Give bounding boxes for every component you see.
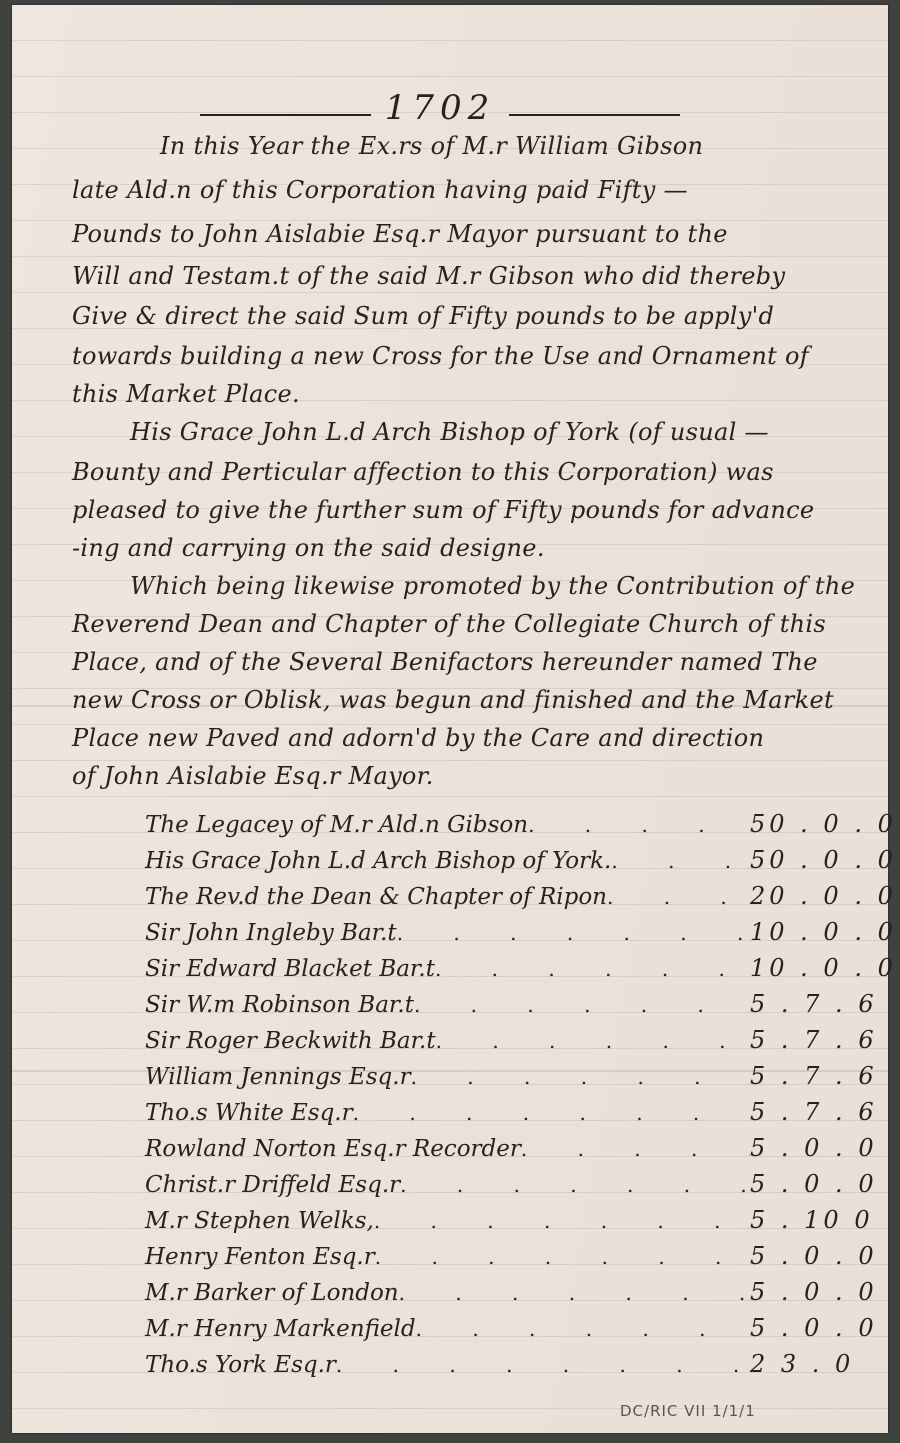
- dot-leader: . . . . . . . . . .: [399, 1281, 750, 1305]
- contribution-row: Sir Edward Blacket Bar.t . . . . . . . .…: [145, 954, 880, 990]
- heading-rule-left: [200, 114, 371, 116]
- contribution-amount: 5 . 10 0: [750, 1206, 880, 1234]
- contribution-amount: 50 . 0 . 0: [750, 810, 880, 838]
- paragraph-2-line: pleased to give the further sum of Fifty…: [72, 496, 814, 524]
- paragraph-2-line: Bounty and Perticular affection to this …: [72, 458, 774, 486]
- dot-leader: . . . . . . . . . .: [336, 1353, 750, 1377]
- paragraph-3-line: new Cross or Oblisk, was begun and finis…: [72, 686, 834, 714]
- contributor-name: M.r Stephen Welks,: [145, 1208, 374, 1234]
- contributor-name: Sir W.m Robinson Bar.t: [145, 992, 414, 1018]
- contribution-amount: 5 . 7 . 6: [750, 1098, 880, 1126]
- paragraph-1-line: In this Year the Ex.rs of M.r William Gi…: [160, 132, 703, 160]
- dot-leader: . . . . . . . . . .: [416, 1317, 750, 1341]
- contribution-amount: 5 . 0 . 0: [750, 1278, 880, 1306]
- contribution-row: Christ.r Driffeld Esq.r . . . . . . . . …: [145, 1170, 880, 1206]
- contribution-row: Tho.s York Esq.r . . . . . . . . . . 2 3…: [145, 1350, 880, 1386]
- contribution-row: Tho.s White Esq.r . . . . . . . . . . 5 …: [145, 1098, 880, 1134]
- contribution-row: M.r Stephen Welks, . . . . . . . . . . 5…: [145, 1206, 880, 1242]
- paragraph-1-line: late Ald.n of this Corporation having pa…: [72, 176, 688, 204]
- contribution-row: M.r Barker of London . . . . . . . . . .…: [145, 1278, 880, 1314]
- paragraph-1-line: towards building a new Cross for the Use…: [72, 342, 809, 370]
- contribution-row: The Legacey of M.r Ald.n Gibson . . . . …: [145, 810, 880, 846]
- dot-leader: . . . . . . . . . .: [397, 921, 750, 945]
- contribution-row: M.r Henry Markenfield . . . . . . . . . …: [145, 1314, 880, 1350]
- contribution-row: Sir W.m Robinson Bar.t . . . . . . . . .…: [145, 990, 880, 1026]
- contributor-name: Henry Fenton Esq.r: [145, 1244, 375, 1270]
- contributor-name: The Rev.d the Dean & Chapter of Ripon: [145, 884, 607, 910]
- contribution-row: Rowland Norton Esq.r Recorder . . . . . …: [145, 1134, 880, 1170]
- dot-leader: . . . . . . . . . .: [607, 885, 750, 909]
- contributor-name: Sir Roger Beckwith Bar.t: [145, 1028, 436, 1054]
- heading-rule-right: [509, 114, 680, 116]
- contributor-name: M.r Barker of London: [145, 1280, 399, 1306]
- contribution-row: Henry Fenton Esq.r . . . . . . . . . . 5…: [145, 1242, 880, 1278]
- contribution-row: Sir Roger Beckwith Bar.t . . . . . . . .…: [145, 1026, 880, 1062]
- paragraph-1-line: Give & direct the said Sum of Fifty poun…: [72, 302, 774, 330]
- contribution-amount: 5 . 7 . 6: [750, 990, 880, 1018]
- dot-leader: . . . . . . . . . .: [521, 1137, 750, 1161]
- contributor-name: M.r Henry Markenfield: [145, 1316, 416, 1342]
- contributor-name: The Legacey of M.r Ald.n Gibson: [145, 812, 528, 838]
- contribution-row: William Jennings Esq.r . . . . . . . . .…: [145, 1062, 880, 1098]
- dot-leader: . . . . . . . . . .: [611, 849, 750, 873]
- contribution-row: Sir John Ingleby Bar.t . . . . . . . . .…: [145, 918, 880, 954]
- dot-leader: . . . . . . . . . .: [436, 1029, 750, 1053]
- paragraph-3-line: Which being likewise promoted by the Con…: [130, 572, 855, 600]
- contributor-name: Christ.r Driffeld Esq.r: [145, 1172, 400, 1198]
- paragraph-1-line: Will and Testam.t of the said M.r Gibson…: [72, 262, 785, 290]
- contribution-row: His Grace John L.d Arch Bishop of York. …: [145, 846, 880, 882]
- contributor-name: Rowland Norton Esq.r Recorder: [145, 1136, 521, 1162]
- dot-leader: . . . . . . . . . .: [435, 957, 750, 981]
- paragraph-2-line: -ing and carrying on the said designe.: [72, 534, 545, 562]
- contribution-amount: 5 . 0 . 0: [750, 1134, 880, 1162]
- archive-reference: DC/RIC VII 1/1/1: [620, 1402, 756, 1420]
- contributor-name: His Grace John L.d Arch Bishop of York.: [145, 848, 611, 874]
- contribution-amount: 5 . 0 . 0: [750, 1242, 880, 1270]
- dot-leader: . . . . . . . . . .: [414, 993, 750, 1017]
- contribution-amount: 5 . 7 . 6: [750, 1026, 880, 1054]
- contribution-row: The Rev.d the Dean & Chapter of Ripon . …: [145, 882, 880, 918]
- paragraph-3-line: Place, and of the Several Benifactors he…: [72, 648, 818, 676]
- contribution-amount: 20 . 0 . 0: [750, 882, 880, 910]
- contribution-amount: 50 . 0 . 0: [750, 846, 880, 874]
- contributor-name: Tho.s York Esq.r: [145, 1352, 336, 1378]
- dot-leader: . . . . . . . . . .: [374, 1209, 750, 1233]
- year-text: 1702: [371, 88, 510, 128]
- paragraph-3-line: of John Aislabie Esq.r Mayor.: [72, 762, 434, 790]
- contribution-amount: 5 . 0 . 0: [750, 1170, 880, 1198]
- paragraph-3-line: Place new Paved and adorn'd by the Care …: [72, 724, 764, 752]
- contributor-name: Sir John Ingleby Bar.t: [145, 920, 397, 946]
- paragraph-2-line: His Grace John L.d Arch Bishop of York (…: [130, 418, 769, 446]
- year-heading: 1702: [200, 88, 680, 128]
- dot-leader: . . . . . . . . . .: [353, 1101, 750, 1125]
- contribution-amount: 5 . 7 . 6: [750, 1062, 880, 1090]
- dot-leader: . . . . . . . . . .: [528, 813, 750, 837]
- paragraph-3-line: Reverend Dean and Chapter of the Collegi…: [72, 610, 826, 638]
- dot-leader: . . . . . . . . . .: [400, 1173, 750, 1197]
- dot-leader: . . . . . . . . . .: [411, 1065, 750, 1089]
- dot-leader: . . . . . . . . . .: [375, 1245, 750, 1269]
- contributor-name: William Jennings Esq.r: [145, 1064, 411, 1090]
- contribution-amount: 5 . 0 . 0: [750, 1314, 880, 1342]
- paragraph-1-line: Pounds to John Aislabie Esq.r Mayor purs…: [72, 220, 728, 248]
- paragraph-1-line: this Market Place.: [72, 380, 300, 408]
- contributor-name: Sir Edward Blacket Bar.t: [145, 956, 435, 982]
- contribution-amount: 2 3 . 0: [750, 1350, 880, 1378]
- contribution-amount: 10 . 0 . 0: [750, 918, 880, 946]
- contribution-amount: 10 . 0 . 0: [750, 954, 880, 982]
- contributor-name: Tho.s White Esq.r: [145, 1100, 353, 1126]
